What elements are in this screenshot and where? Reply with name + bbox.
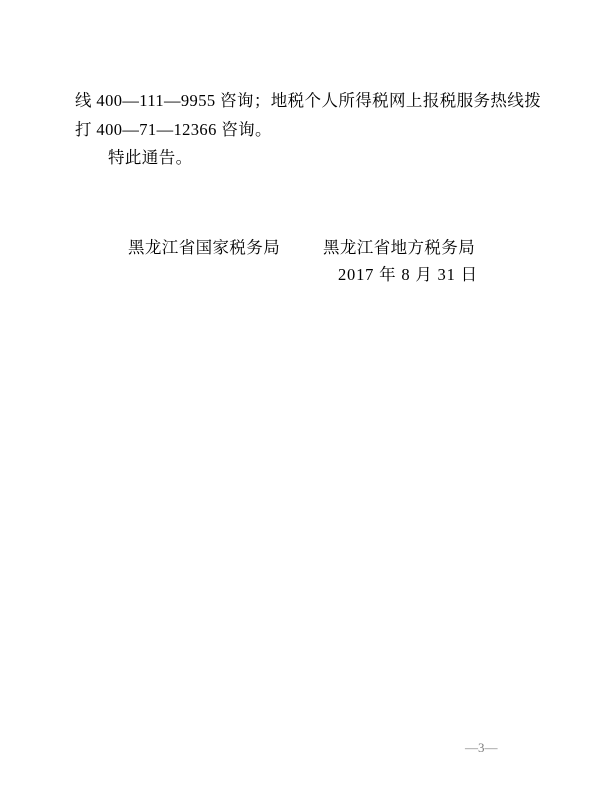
closing-statement: 特此通告。 xyxy=(108,149,193,167)
signature-org-national-tax-bureau: 黑龙江省国家税务局 xyxy=(128,239,280,257)
signature-org-local-tax-bureau: 黑龙江省地方税务局 xyxy=(323,239,475,257)
signature-date: 2017 年 8 月 31 日 xyxy=(338,266,478,284)
body-text-line-1: 线 400—111—9955 咨询；地税个人所得税网上报税服务热线拨 xyxy=(75,92,541,110)
document-page: 线 400—111—9955 咨询；地税个人所得税网上报税服务热线拨 打 400… xyxy=(0,0,594,797)
page-number: —3— xyxy=(465,741,498,755)
body-text-line-2: 打 400—71—12366 咨询。 xyxy=(75,121,272,139)
